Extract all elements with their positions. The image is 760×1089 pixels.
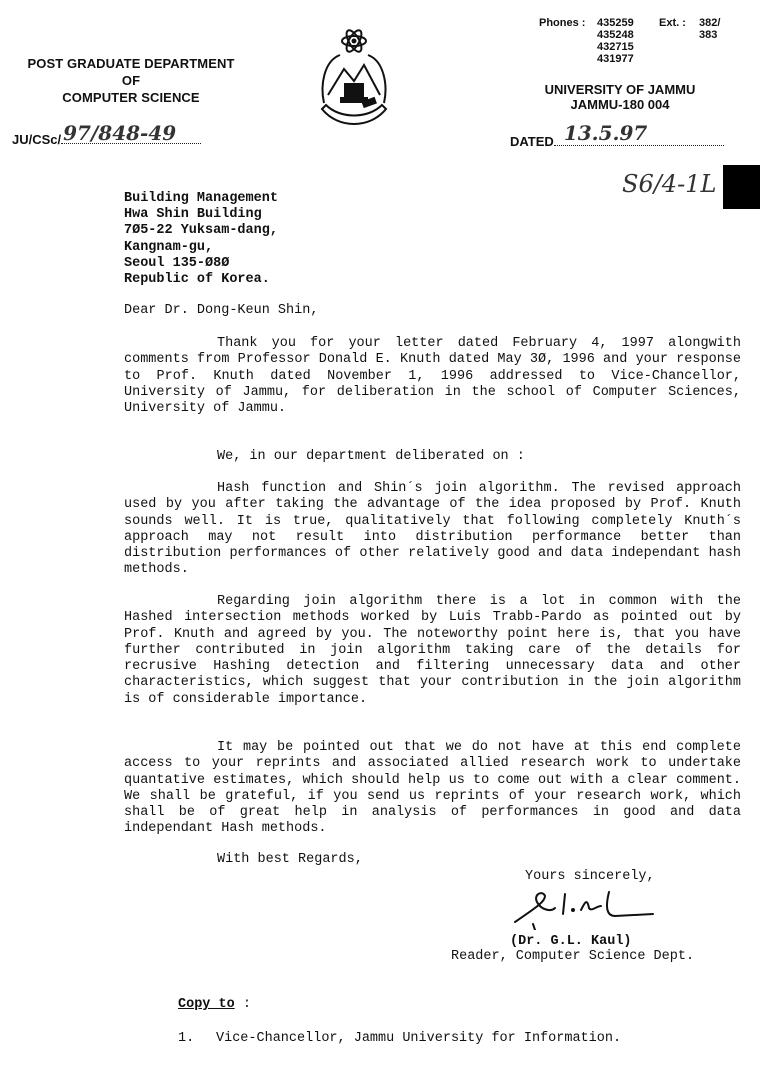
salutation: Dear Dr. Dong-Keun Shin, [124, 303, 318, 318]
extension: 382/ [699, 17, 720, 29]
signatory-title: Reader, Computer Science Dept. [451, 949, 694, 964]
recipient-address: Building Management Hwa Shin Building 7Ø… [124, 191, 278, 288]
date-field: 13.5.97 [554, 133, 724, 146]
closing-regards: With best Regards, [217, 852, 363, 867]
university-address: UNIVERSITY OF JAMMU JAMMU-180 004 [510, 82, 730, 112]
department-line: COMPUTER SCIENCE [0, 89, 262, 106]
address-line: Seoul 135-Ø8Ø [124, 256, 278, 272]
department-line: OF [0, 72, 262, 89]
copy-to-label: Copy to [178, 997, 235, 1012]
address-line: Kangnam-gu, [124, 240, 278, 256]
university-name: UNIVERSITY OF JAMMU [510, 82, 730, 97]
date-handwritten: 13.5.97 [564, 121, 648, 145]
redaction-block [723, 165, 760, 209]
signatory-name: (Dr. G.L. Kaul) [510, 934, 632, 949]
copy-to-heading: Copy to : [178, 997, 251, 1012]
body-paragraph: Regarding join algorithm there is a lot … [124, 594, 741, 708]
department-heading: POST GRADUATE DEPARTMENT OF COMPUTER SCI… [0, 55, 262, 106]
copy-to-text: Vice-Chancellor, Jammu University for In… [216, 1031, 621, 1046]
address-line: Building Management [124, 191, 278, 207]
body-paragraph: It may be pointed out that we do not hav… [124, 740, 741, 838]
closing-yours: Yours sincerely, [525, 869, 655, 884]
phone-numbers: Phones : 435259 Ext. : 382/ 435248 383 4… [539, 17, 720, 65]
dated-label: DATED [510, 134, 554, 149]
body-paragraph: Hash function and Shin´s join algorithm.… [124, 481, 741, 579]
department-line: POST GRADUATE DEPARTMENT [0, 55, 262, 72]
file-number-handwritten: S6/4-1L [622, 170, 716, 198]
date-line: DATED13.5.97 [510, 133, 724, 149]
body-paragraph: Thank you for your letter dated February… [124, 336, 741, 417]
phone-number: 431977 [597, 53, 659, 65]
ext-label: Ext. : [659, 17, 699, 29]
reference-number: JU/CSc/97/848-49 [12, 131, 201, 147]
phone-number: 435259 [597, 17, 659, 29]
university-seal-icon [318, 25, 390, 137]
signature-icon [505, 888, 665, 930]
address-line: Hwa Shin Building [124, 207, 278, 223]
reference-prefix: JU/CSc/ [12, 132, 61, 147]
phone-number: 432715 [597, 41, 659, 53]
body-paragraph: We, in our department deliberated on : [124, 449, 741, 465]
phones-label: Phones : [539, 17, 597, 29]
university-city: JAMMU-180 004 [510, 97, 730, 112]
reference-handwritten: 97/848-49 [63, 121, 176, 145]
phone-number: 435248 [597, 29, 659, 41]
address-line: 7Ø5-22 Yuksam-dang, [124, 223, 278, 239]
extension: 383 [699, 29, 717, 41]
copy-to-item: 1.Vice-Chancellor, Jammu University for … [178, 1031, 621, 1046]
reference-field: 97/848-49 [61, 131, 201, 144]
copy-to-number: 1. [178, 1031, 216, 1046]
copy-to-colon: : [243, 997, 251, 1012]
address-line: Republic of Korea. [124, 272, 278, 288]
